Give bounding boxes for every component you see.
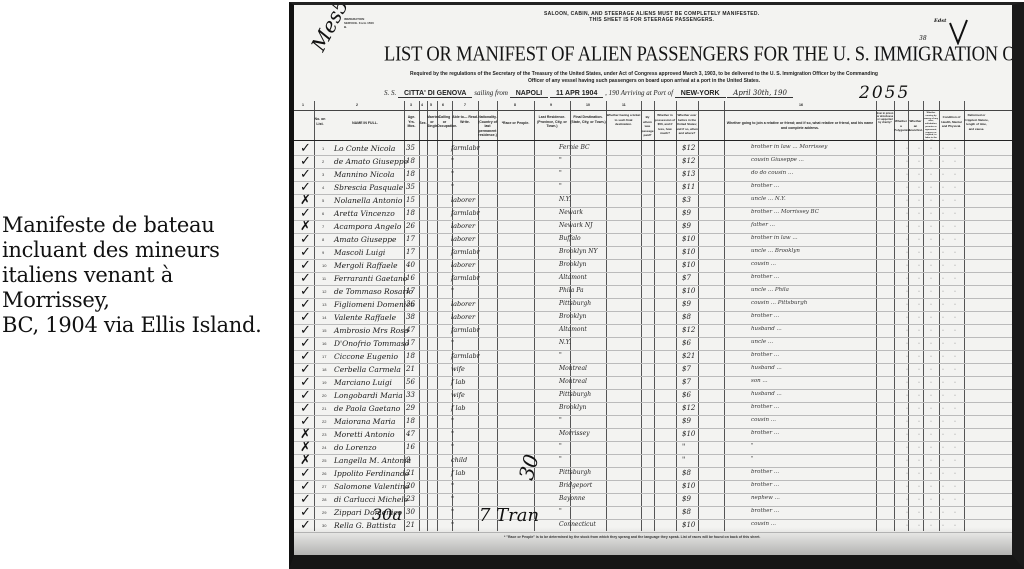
row-number: 25 (322, 458, 326, 463)
row-dots: ····· (906, 289, 966, 295)
passenger-destination: Pittsburgh (559, 469, 591, 476)
passenger-age: 18 (406, 417, 415, 425)
row-dots: ····· (906, 172, 966, 178)
passenger-occupation: laborer (451, 222, 475, 230)
passenger-money: $9 (682, 222, 691, 230)
top-notice: SALOON, CABIN, AND STEERAGE ALIENS MUST … (544, 11, 760, 23)
row-number: 29 (322, 510, 326, 515)
check-mark-icon (949, 19, 969, 45)
passenger-relative: brother ... Morrissey BC (751, 209, 819, 215)
row-number: 11 (322, 276, 326, 281)
row-dots: ····· (906, 367, 966, 373)
row-dots: ····· (906, 419, 966, 425)
passenger-name: de Tommaso Rosario (334, 287, 413, 296)
header-prison: Ever in prison or almshouse or supported… (876, 112, 894, 124)
row-dots: ····· (906, 380, 966, 386)
row-dots: ····· (906, 497, 966, 503)
table-row: ✓27Salomone Valentino20"Bridgeport$10bro… (294, 481, 1012, 494)
passenger-occupation: f lab (451, 404, 466, 412)
passenger-relative: brother ... (751, 313, 779, 319)
passenger-age: 16 (406, 274, 415, 282)
passenger-destination: Newark (559, 209, 583, 216)
passenger-occupation: farmlabr (451, 274, 480, 282)
passenger-destination: Brooklyn (559, 404, 586, 411)
passenger-age: 18 (406, 157, 415, 165)
passenger-destination: Altamont (559, 274, 587, 281)
passenger-destination: Bayonne (559, 495, 585, 502)
table-row: ✓14Valente Raffaele38laborerBrooklyn$8br… (294, 312, 1012, 325)
passenger-occupation: " (451, 417, 454, 425)
passenger-relative: brother ... (751, 482, 779, 488)
passenger-name: Salomone Valentino (334, 482, 409, 491)
row-number: 5 (322, 198, 324, 203)
passenger-occupation: farmlabr (451, 209, 480, 217)
passenger-destination: Altamont (559, 326, 587, 333)
passenger-relative: brother ... (751, 183, 779, 189)
passenger-destination: Bridgeport (559, 482, 592, 489)
passenger-money: $12 (682, 157, 695, 165)
row-dots: ····· (906, 354, 966, 360)
passenger-age: 21 (406, 469, 415, 477)
passenger-destination: Morrissey (559, 430, 590, 437)
passenger-name: Sbrescia Pasquale (334, 183, 403, 192)
passenger-relative: do do cousin ... (751, 170, 793, 176)
row-number: 14 (322, 315, 326, 320)
passenger-relative: brother ... (751, 430, 779, 436)
row-number: 7 (322, 224, 324, 229)
passenger-name: de Amato Giuseppe (334, 157, 408, 166)
table-row: ✗7Acampora Angelo26laborerNewark NJ$9fat… (294, 221, 1012, 234)
row-dots: ····· (906, 185, 966, 191)
passenger-name: di Carlucci Michele (334, 495, 408, 504)
passenger-age: 38 (406, 313, 415, 321)
passenger-occupation: laborer (451, 235, 475, 243)
passenger-money: $9 (682, 300, 691, 308)
sheet-mark: 30a (372, 505, 402, 524)
table-row: ✗24do Lorenzo16""""····· (294, 442, 1012, 455)
col-num: 4 (421, 103, 423, 108)
regulation-line-1: Required by the regulations of the Secre… (294, 71, 994, 78)
passenger-destination: Brooklyn NY (559, 248, 597, 255)
passenger-relative: nephew ... (751, 495, 780, 501)
row-number: 10 (322, 263, 326, 268)
passenger-age: 16 (406, 443, 415, 451)
header-before-us: Whether ever before in the United States… (676, 113, 698, 136)
date-sailed: 11 APR 1904 (550, 90, 603, 98)
header-name: NAME IN FULL. (326, 121, 404, 126)
passenger-age: 35 (406, 183, 415, 191)
col-num: 16 (799, 103, 803, 108)
passenger-relative: husband ... (751, 365, 782, 371)
passenger-relative: cousin ... (751, 261, 776, 267)
passenger-name: do Lorenzo (334, 443, 377, 452)
passenger-age: 18 (406, 352, 415, 360)
passenger-age: 29 (406, 404, 415, 412)
col-num: 1 (302, 103, 304, 108)
row-number: 30 (322, 523, 326, 528)
passenger-age: 21 (406, 365, 415, 373)
passenger-name: Amato Giuseppe (334, 235, 396, 244)
header-anarchist: Whether an Anarchist. (908, 119, 923, 133)
passenger-age: 9 (406, 456, 410, 464)
col-num: 6 (442, 103, 444, 108)
row-dots: ····· (906, 211, 966, 217)
table-row: ✓15Ambrosio Mrs Rosa47farmlabrAltamont$1… (294, 325, 1012, 338)
passenger-destination: " (559, 183, 562, 190)
passenger-name: Cerbella Carmela (334, 365, 401, 374)
header-married: Married or Single. (427, 115, 437, 129)
col-num: 8 (514, 103, 516, 108)
passenger-relative: brother in law ... (751, 235, 798, 241)
row-number: 1 (322, 146, 324, 151)
passenger-destination: " (559, 443, 562, 450)
passenger-age: 18 (406, 170, 415, 178)
row-number: 17 (322, 354, 326, 359)
col-num: 11 (622, 103, 626, 108)
passenger-money: $7 (682, 378, 691, 386)
row-dots: ····· (906, 510, 966, 516)
passenger-relative: brother in law ... Morrissey (751, 144, 827, 150)
row-number: 15 (322, 328, 326, 333)
passenger-name: de Paola Gaetano (334, 404, 400, 413)
table-row: ✓13Figliomeni Domenico36laborerPittsburg… (294, 299, 1012, 312)
passenger-age: 17 (406, 248, 415, 256)
passenger-age: 20 (406, 482, 415, 490)
passenger-destination: " (559, 352, 562, 359)
header-age: Age. Yrs. Mos. (404, 115, 419, 129)
passenger-occupation: " (451, 508, 454, 516)
row-dots: ····· (906, 471, 966, 477)
passenger-relative: husband ... (751, 326, 782, 332)
passenger-relative: cousin Giuseppe ... (751, 157, 804, 163)
header-race: *Race or People. (497, 121, 534, 126)
passenger-occupation: f lab (451, 378, 466, 386)
row-number: 13 (322, 302, 326, 307)
passenger-name: Ciccone Eugenio (334, 352, 398, 361)
arriving-label: Arriving at Port of (621, 89, 673, 97)
passenger-age: 35 (406, 144, 415, 152)
column-number-row: 1 2 3 4 5 6 7 8 9 10 11 16 (294, 101, 1012, 111)
col-num: 5 (430, 103, 432, 108)
passenger-relative: husband ... (751, 391, 782, 397)
passenger-money: $10 (682, 248, 695, 256)
row-number: 4 (322, 185, 324, 190)
row-dots: ····· (906, 146, 966, 152)
row-number: 28 (322, 497, 326, 502)
passenger-relative: " (751, 456, 754, 462)
passenger-destination: Pittsburgh (559, 391, 591, 398)
passenger-money: $10 (682, 261, 695, 269)
passenger-occupation: farmlabr (451, 326, 480, 334)
passenger-name: Mergoli Raffaele (334, 261, 398, 270)
passenger-money: $9 (682, 209, 691, 217)
passenger-money: $9 (682, 495, 691, 503)
passenger-money: $7 (682, 365, 691, 373)
table-row: ✗5Nolanella Antonio15laborerN.Y.$3uncle … (294, 195, 1012, 208)
row-dots: ····· (906, 237, 966, 243)
passenger-occupation: laborer (451, 300, 475, 308)
passenger-name: Mascoli Luigi (334, 248, 385, 257)
inspector-signature: 7 Tran (479, 505, 539, 526)
passenger-name: Marciano Luigi (334, 378, 392, 387)
caption-line-5: BC, 1904 via Ellis Island. (2, 313, 292, 338)
passenger-relative: cousin ... (751, 417, 776, 423)
row-dots: ····· (906, 393, 966, 399)
passenger-occupation: " (451, 287, 454, 295)
passenger-relative: brother ... (751, 404, 779, 410)
passenger-name: Mannino Nicola (334, 170, 395, 179)
caption-line-1: Manifeste de bateau (2, 213, 292, 238)
row-dots: ····· (906, 445, 966, 451)
passenger-destination: Brooklyn (559, 313, 586, 320)
header-no: No. on List. (314, 117, 326, 126)
passenger-name: Nolanella Antonio (334, 196, 402, 205)
passenger-destination: " (559, 417, 562, 424)
row-dots: ····· (906, 198, 966, 204)
caption-line-3: italiens venant à (2, 263, 292, 288)
col-num: 9 (550, 103, 552, 108)
passenger-destination: Buffalo (559, 235, 581, 242)
arrival-date: April 30th, 190 (727, 89, 793, 98)
row-dots: ····· (906, 263, 966, 269)
passenger-destination: Connecticut (559, 521, 596, 528)
passenger-name: Figliomeni Domenico (334, 300, 415, 309)
passenger-name: Acampora Angelo (334, 222, 401, 231)
passenger-occupation: f lab (451, 469, 466, 477)
passenger-destination: Montreal (559, 378, 587, 385)
header-sex: Sex. (419, 121, 427, 126)
col-num: 3 (410, 103, 412, 108)
passenger-occupation: " (451, 521, 454, 529)
passenger-money: $3 (682, 196, 691, 204)
table-row: ✓18Cerbella Carmela21wifeMontreal$7husba… (294, 364, 1012, 377)
row-number: 8 (322, 237, 324, 242)
passenger-relative: uncle ... (751, 339, 773, 345)
passenger-occupation: wife (451, 365, 465, 373)
col-num: 10 (586, 103, 590, 108)
header-nationality: Nationality. (Country of last permanent … (478, 115, 497, 138)
passenger-age: 36 (406, 300, 415, 308)
race-footnote: * "Race or People" is to be determined b… (504, 535, 760, 539)
row-number: 22 (322, 419, 326, 424)
table-row: ✓9Mascoli Luigi17farmlabrBrooklyn NY$10u… (294, 247, 1012, 260)
row-dots: ····· (906, 159, 966, 165)
row-number: 26 (322, 471, 326, 476)
table-row: ✓10Mergoli Raffaele40laborerBrooklyn$10c… (294, 260, 1012, 273)
header-paid-by: By whom was passage paid? (641, 115, 654, 138)
year-suffix: , 190 (605, 89, 619, 97)
table-row: ✓17Ciccone Eugenio18farmlabr"$21brother … (294, 351, 1012, 364)
row-number: 16 (322, 341, 326, 346)
passenger-relative: son ... (751, 378, 768, 384)
passenger-age: 40 (406, 261, 415, 269)
row-number: 12 (322, 289, 326, 294)
ss-label: S. S. (384, 89, 396, 97)
passenger-money: $10 (682, 235, 695, 243)
passenger-destination: Phila Pa (559, 287, 584, 294)
row-number: 18 (322, 367, 326, 372)
passenger-destination: " (559, 456, 562, 463)
passenger-relative: brother ... (751, 352, 779, 358)
passenger-name: Lo Conte Nicola (334, 144, 395, 153)
passenger-destination: Montreal (559, 365, 587, 372)
header-occupation: Calling or Occupation. (437, 115, 452, 129)
table-row: ✓12de Tommaso Rosario17"Phila Pa$10uncle… (294, 286, 1012, 299)
passenger-destination: " (559, 170, 562, 177)
passenger-occupation: laborer (451, 196, 475, 204)
row-number: 6 (322, 211, 324, 216)
passenger-name: Aretta Vincenzo (334, 209, 395, 218)
row-dots: ····· (906, 328, 966, 334)
passenger-destination: " (559, 508, 562, 515)
table-row: ✓4Sbrescia Pasquale35""$11brother ...···… (294, 182, 1012, 195)
row-dots: ····· (906, 484, 966, 490)
row-dots: ····· (906, 276, 966, 282)
passenger-money: $12 (682, 404, 695, 412)
passenger-occupation: " (451, 339, 454, 347)
row-dots: ····· (906, 302, 966, 308)
table-row: ✓16D'Onofrio Tommaso17"N.Y.$6uncle ...··… (294, 338, 1012, 351)
column-header-row: No. on List. NAME IN FULL. Age. Yrs. Mos… (294, 111, 1012, 141)
port-from: NAPOLI (510, 90, 548, 98)
passenger-age: 18 (406, 209, 415, 217)
sailing-from-label: sailing from (474, 89, 508, 97)
passenger-money: " (682, 443, 685, 451)
passenger-age: 17 (406, 339, 415, 347)
passenger-money: $10 (682, 521, 695, 529)
row-number: 2 (322, 159, 324, 164)
passenger-age: 30 (406, 508, 415, 516)
col-num: 7 (464, 103, 466, 108)
passenger-money: $8 (682, 508, 691, 516)
row-number: 3 (322, 172, 324, 177)
passenger-age: 17 (406, 287, 415, 295)
row-number: 20 (322, 393, 326, 398)
passenger-name: Moretti Antonio (334, 430, 395, 439)
header-deformed: Deformed or Crippled. Nature, length of … (964, 113, 989, 131)
passenger-money: $6 (682, 391, 691, 399)
passenger-occupation: farmlabr (451, 352, 480, 360)
caption-line-2: incluant des mineurs (2, 238, 292, 263)
passenger-age: 21 (406, 521, 415, 529)
passenger-relative: cousin ... Pittsburgh (751, 300, 807, 306)
ship-name: CITTA' DI GENOVA (398, 90, 472, 98)
table-row: ✓26Ippolito Ferdinando21f labPittsburgh$… (294, 468, 1012, 481)
passenger-relative: brother ... (751, 508, 779, 514)
row-dots: ····· (906, 341, 966, 347)
header-labor-offer: Whether coming by reason of any offer, s… (923, 112, 939, 143)
passenger-age: 47 (406, 430, 415, 438)
manifest-scan: IMMIGRATION SERVICE. Form 1500 B. Mes5 S… (289, 2, 1024, 569)
row-dots: ····· (906, 315, 966, 321)
passenger-money: $7 (682, 274, 691, 282)
passenger-money: $8 (682, 313, 691, 321)
passenger-name: Ippolito Ferdinando (334, 469, 409, 478)
passenger-occupation: laborer (451, 313, 475, 321)
passenger-destination: Brooklyn (559, 261, 586, 268)
header-ticket: Whether having a ticket to such final de… (606, 113, 641, 127)
image-caption: Manifeste de bateau incluant des mineurs… (2, 213, 292, 338)
table-row: ✓6Aretta Vincenzo18farmlabrNewark$9broth… (294, 208, 1012, 221)
passenger-relative: brother ... (751, 274, 779, 280)
check-mark-icon: ✓ (300, 518, 311, 533)
table-row: ✗23Moretti Antonio47"Morrissey$10brother… (294, 429, 1012, 442)
passenger-age: 15 (406, 196, 415, 204)
row-number: 24 (322, 445, 326, 450)
passenger-destination: Fernie BC (559, 144, 590, 151)
row-dots: ····· (906, 406, 966, 412)
form-id: IMMIGRATION SERVICE. Form 1500 B. (344, 17, 374, 29)
passenger-occupation: " (451, 430, 454, 438)
passenger-money: $11 (682, 183, 695, 191)
sheet-number: 2055 (859, 83, 910, 103)
passenger-destination: N.Y. (559, 339, 571, 346)
passenger-occupation: farmlabr (451, 144, 480, 152)
passenger-money: $9 (682, 417, 691, 425)
header-final-destination: Final Destination. (State, City, or Town… (570, 115, 606, 124)
passenger-relative: brother ... (751, 469, 779, 475)
row-number: 21 (322, 406, 326, 411)
passenger-money: $12 (682, 144, 695, 152)
passenger-name: Valente Raffaele (334, 313, 396, 322)
row-dots: ····· (906, 250, 966, 256)
passenger-money: " (682, 456, 685, 464)
passenger-money: $8 (682, 469, 691, 477)
row-number: 19 (322, 380, 326, 385)
passenger-relative: father ... (751, 222, 775, 228)
table-row: ✓3Mannino Nicola18""$13do do cousin ...·… (294, 169, 1012, 182)
header-relative: Whether going to join a relative or frie… (724, 121, 876, 130)
passenger-relative: uncle ... N.Y. (751, 196, 786, 202)
table-row: ✓22Maiorana Maria18""$9cousin ...····· (294, 416, 1012, 429)
header-polygamist: Whether a Polygamist. (894, 119, 908, 133)
top-notice-line-2: THIS SHEET IS FOR STEERAGE PASSENGERS. (544, 17, 760, 23)
passenger-age: 23 (406, 495, 415, 503)
passenger-relative: uncle ... Phila (751, 287, 789, 293)
table-row: ✓19Marciano Luigi56f labMontreal$7son ..… (294, 377, 1012, 390)
passenger-name: Maiorana Maria (334, 417, 395, 426)
passenger-name: Ferraranti Gaetano (334, 274, 407, 283)
passenger-money: $13 (682, 170, 695, 178)
passenger-occupation: " (451, 443, 454, 451)
list-number: 38 (919, 35, 927, 42)
row-dots: ····· (906, 458, 966, 464)
table-row: ✓2de Amato Giuseppe18""$12cousin Giusepp… (294, 156, 1012, 169)
passenger-name: Ambrosio Mrs Rosa (334, 326, 409, 335)
passenger-age: 47 (406, 326, 415, 334)
row-number: 27 (322, 484, 326, 489)
passenger-age: 17 (406, 235, 415, 243)
passenger-money: $12 (682, 326, 695, 334)
caption-line-4: Morrissey, (2, 288, 292, 313)
passenger-occupation: " (451, 157, 454, 165)
edst-label: Edst (934, 18, 946, 24)
row-number: 23 (322, 432, 326, 437)
passenger-name: Langella M. Antonia (334, 456, 411, 465)
header-read-write: Able to— Read. Write. (452, 115, 478, 124)
passenger-name: D'Onofrio Tommaso (334, 339, 409, 348)
passenger-relative: " (751, 443, 754, 449)
passenger-relative: cousin ... (751, 521, 776, 527)
row-number: 9 (322, 250, 324, 255)
header-money: Whether in possession of $50, and if les… (654, 113, 676, 136)
row-dots: ····· (906, 432, 966, 438)
passenger-name: Longobardi Maria (334, 391, 403, 400)
passenger-occupation: laborer (451, 261, 475, 269)
col-num: 2 (356, 103, 358, 108)
table-row: ✓20Longobardi Maria33wifePittsburgh$6hus… (294, 390, 1012, 403)
row-dots: ····· (906, 224, 966, 230)
